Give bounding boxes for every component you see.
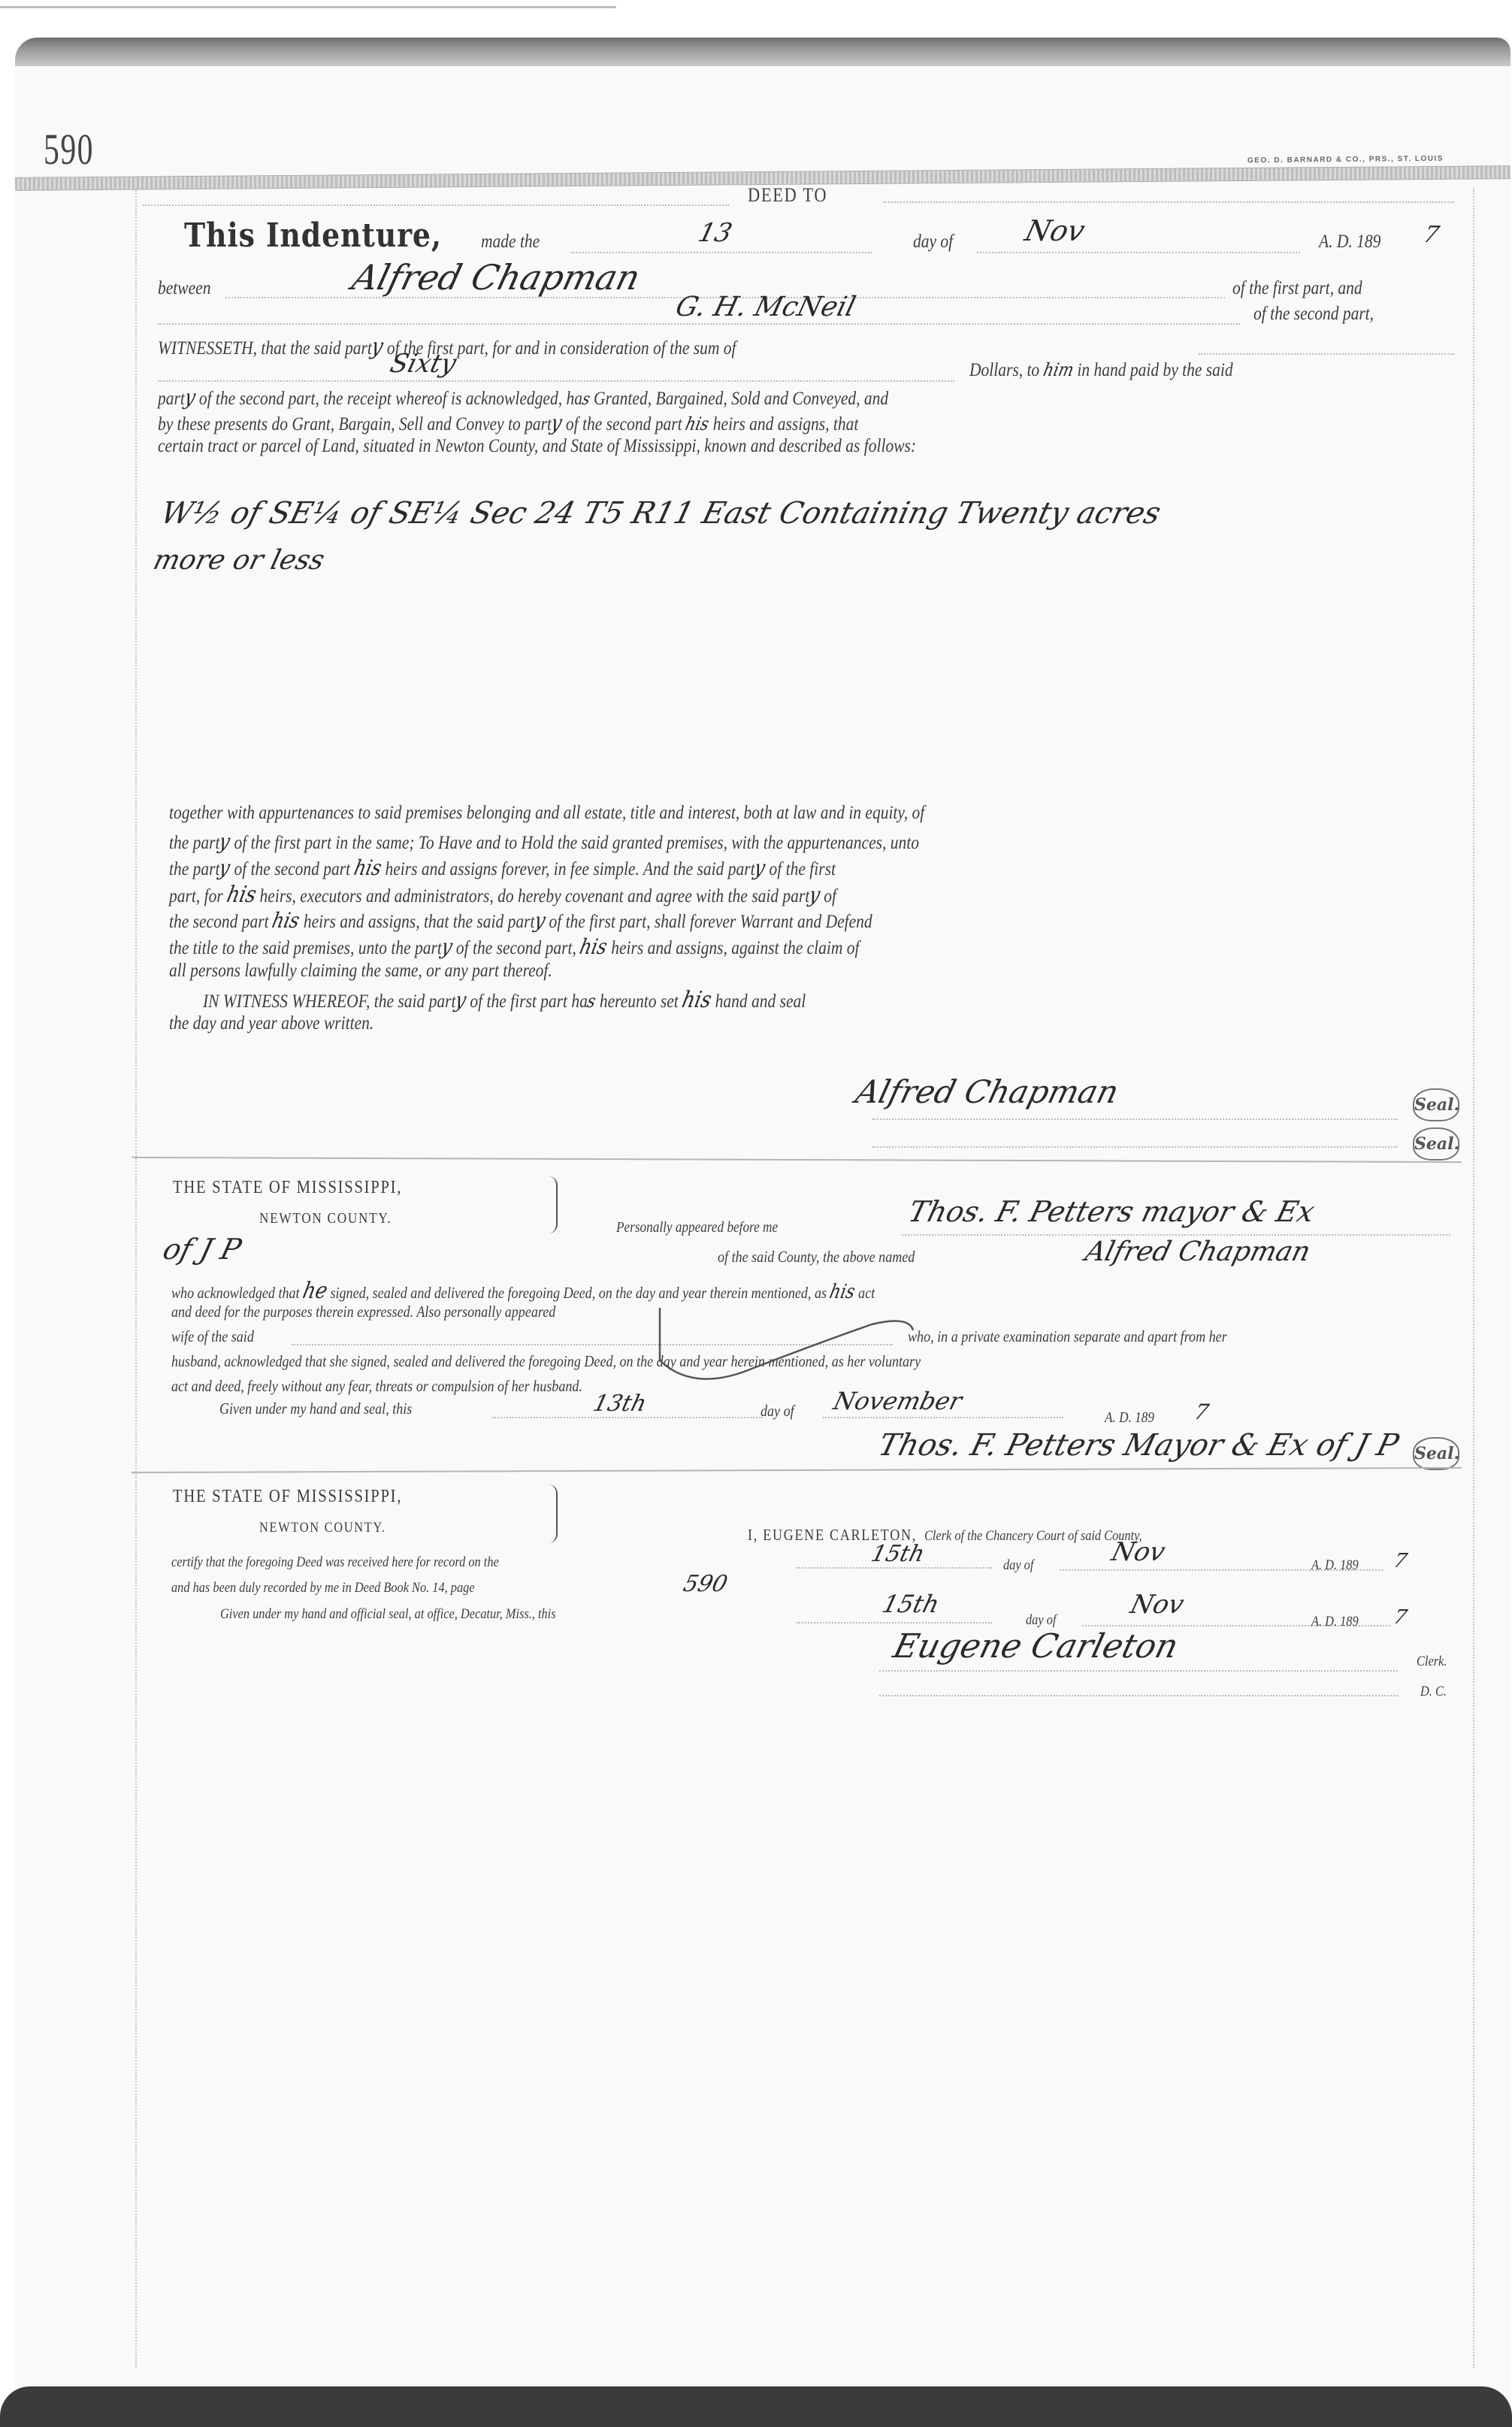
day-field [571, 252, 872, 253]
legal-description-line2: more or less [150, 545, 328, 576]
officer-name: Thos. F. Petters mayor & Ex [906, 1195, 1318, 1228]
right-margin-line [1473, 188, 1474, 2368]
habendum-clause: together with appurtenances to said prem… [169, 803, 1462, 1039]
county-brace [549, 1484, 558, 1543]
second-party-field [158, 323, 1240, 325]
recorded-page: 590 [681, 1571, 730, 1597]
scan-edge [0, 0, 616, 8]
second-part-label: of the second part, [1253, 304, 1374, 325]
made-the-label: made the [481, 232, 540, 253]
land-location-text: certain tract or parcel of Land, situate… [158, 436, 916, 457]
printer-imprint: GEO. D. BARNARD & CO., PRS., ST. LOUIS [1247, 155, 1444, 165]
month-value: Nov [1022, 214, 1089, 247]
legal-description-line1: W½ of SE¼ of SE¼ Sec 24 T5 R11 East Cont… [157, 496, 1164, 531]
seal-icon: Seal. [1413, 1088, 1459, 1121]
ad-label: A. D. 189 [1319, 232, 1380, 253]
recorded-day: 15th [869, 1541, 927, 1567]
county-brace [549, 1176, 558, 1233]
appeared-before-label: Personally appeared before me [616, 1219, 778, 1236]
recorded-month: Nov [1108, 1537, 1168, 1567]
month-field [977, 252, 1300, 253]
strike-through-mark [646, 1308, 992, 1391]
ack-day: 13th [591, 1391, 649, 1417]
clerk-signature: Eugene Carleton [890, 1627, 1182, 1666]
officer-signature: Thos. F. Petters Mayor & Ex of J P [875, 1428, 1402, 1463]
first-part-label: of the first part, and [1232, 278, 1362, 299]
deputy-clerk-label: D. C. [1420, 1684, 1447, 1700]
deed-to-label: DEED TO [748, 184, 827, 207]
cert-state: THE STATE OF MISSISSIPPI, [173, 1487, 402, 1507]
signature-line-2 [872, 1146, 1398, 1148]
seal-icon: Seal. [1413, 1127, 1459, 1161]
day-of-label: day of [913, 232, 953, 253]
grantor-signature: Alfred Chapman [852, 1073, 1123, 1110]
cert-county: NEWTON COUNTY. [259, 1520, 386, 1536]
clerk-title: Clerk of the Chancery Court of said Coun… [924, 1528, 1142, 1545]
consideration-clause: WITNESSETH, that the said party of the f… [158, 331, 1465, 458]
acknowledging-party: Alfred Chapman [1082, 1236, 1314, 1267]
second-party-name: G. H. McNeil [673, 292, 859, 322]
certificate-day: 15th [879, 1590, 942, 1618]
in-witness-whereof: IN WITNESS WHEREOF, the said party of th… [203, 987, 806, 1013]
left-margin-line [135, 188, 137, 2368]
page-number: 590 [44, 124, 94, 174]
indenture-heading: This Indenture, [184, 216, 442, 255]
between-label: between [158, 278, 210, 299]
deputy-clerk-field [879, 1695, 1398, 1696]
deed-to-field [883, 201, 1454, 203]
signature-line-1 [872, 1118, 1398, 1120]
ack-state: THE STATE OF MISSISSIPPI, [173, 1178, 402, 1198]
first-party-name: Alfred Chapman [348, 257, 644, 298]
certificate-month: Nov [1127, 1590, 1187, 1620]
ack-month: November [830, 1387, 965, 1415]
seal-icon: Seal. [1413, 1437, 1459, 1470]
clerk-label: Clerk. [1417, 1654, 1447, 1670]
page-top-shadow [15, 38, 1510, 66]
deed-to-rule-left [143, 204, 729, 206]
sum-value: Sixty [387, 349, 459, 379]
officer-name-cont: of J P [160, 1233, 245, 1266]
ack-county: NEWTON COUNTY. [259, 1210, 392, 1227]
scan-bottom-shadow [0, 2386, 1512, 2427]
